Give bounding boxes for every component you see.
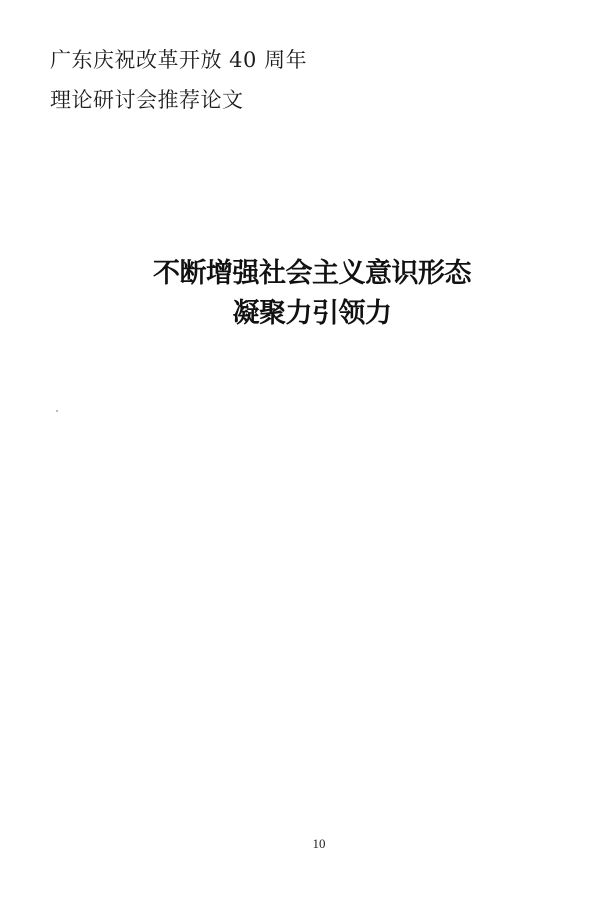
paper-title: 不断增强社会主义意识形态 凝聚力引领力 [0, 254, 610, 334]
paper-title-line-2: 凝聚力引领力 [0, 294, 610, 334]
page-number: 10 [0, 836, 610, 852]
paper-title-line-1: 不断增强社会主义意识形态 [0, 254, 610, 294]
scan-speck [56, 410, 58, 412]
document-page: 广东庆祝改革开放 40 周年 理论研讨会推荐论文 不断增强社会主义意识形态 凝聚… [0, 0, 610, 897]
document-header: 广东庆祝改革开放 40 周年 理论研讨会推荐论文 [50, 40, 307, 120]
header-line-conference: 广东庆祝改革开放 40 周年 [50, 40, 307, 80]
header-line-category: 理论研讨会推荐论文 [50, 80, 307, 120]
